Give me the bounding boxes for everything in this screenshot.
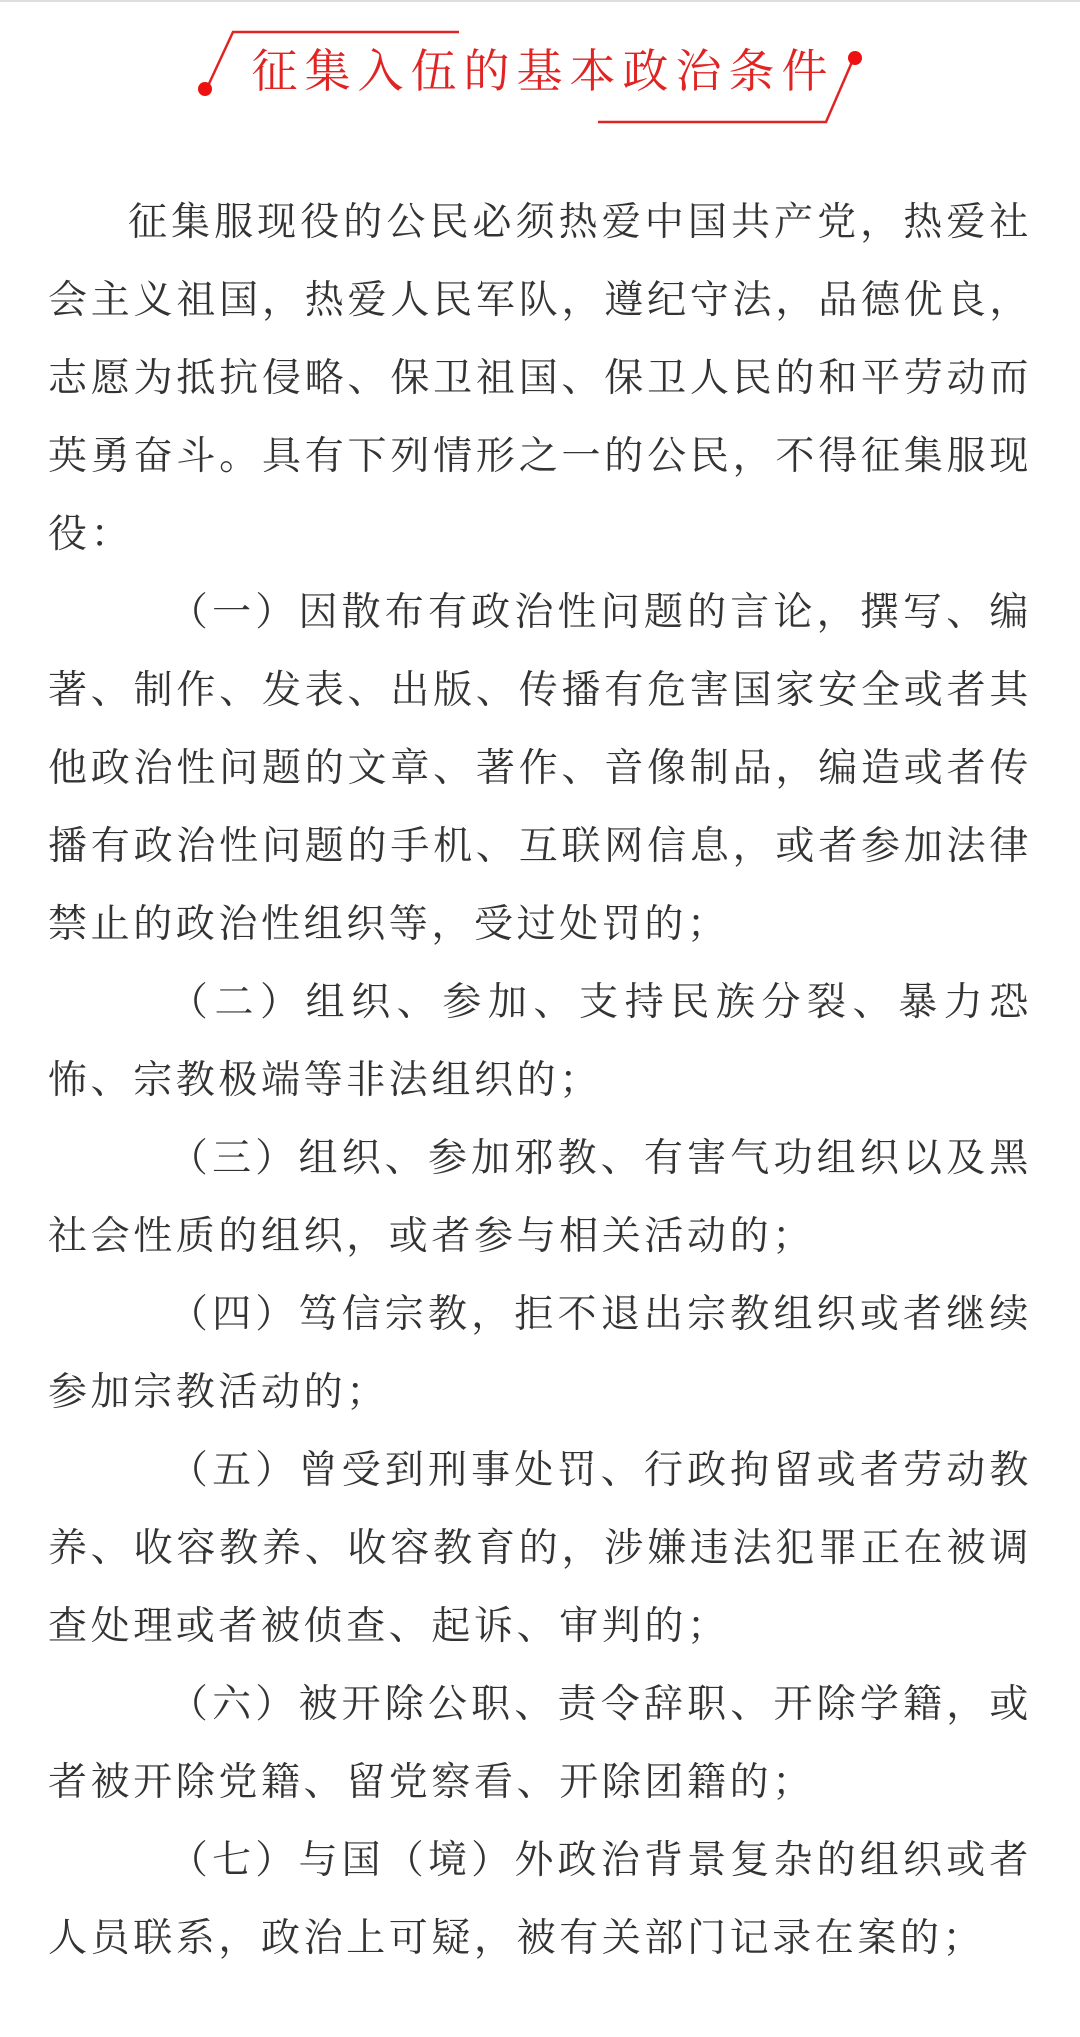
condition-item-7: （七）与国（境）外政治背景复杂的组织或者人员联系，政治上可疑，被有关部门记录在案… <box>48 1822 1032 1978</box>
condition-item-3: （三）组织、参加邪教、有害气功组织以及黑社会性质的组织，或者参与相关活动的； <box>48 1120 1032 1276</box>
intro-paragraph: 征集服现役的公民必须热爱中国共产党，热爱社会主义祖国，热爱人民军队，遵纪守法，品… <box>48 184 1032 574</box>
condition-item-6: （六）被开除公职、责令辞职、开除学籍，或者被开除党籍、留党察看、开除团籍的； <box>48 1666 1032 1822</box>
condition-item-4: （四）笃信宗教，拒不退出宗教组织或者继续参加宗教活动的； <box>48 1276 1032 1432</box>
section-header: 征集入伍的基本政治条件 <box>0 0 1080 140</box>
page-title: 征集入伍的基本政治条件 <box>0 40 1080 102</box>
article-body: 征集服现役的公民必须热爱中国共产党，热爱社会主义祖国，热爱人民军队，遵纪守法，品… <box>48 184 1032 1978</box>
condition-item-1: （一）因散布有政治性问题的言论，撰写、编著、制作、发表、出版、传播有危害国家安全… <box>48 574 1032 964</box>
condition-item-5: （五）曾受到刑事处罚、行政拘留或者劳动教养、收容教养、收容教育的，涉嫌违法犯罪正… <box>48 1432 1032 1666</box>
condition-item-2: （二）组织、参加、支持民族分裂、暴力恐怖、宗教极端等非法组织的； <box>48 964 1032 1120</box>
